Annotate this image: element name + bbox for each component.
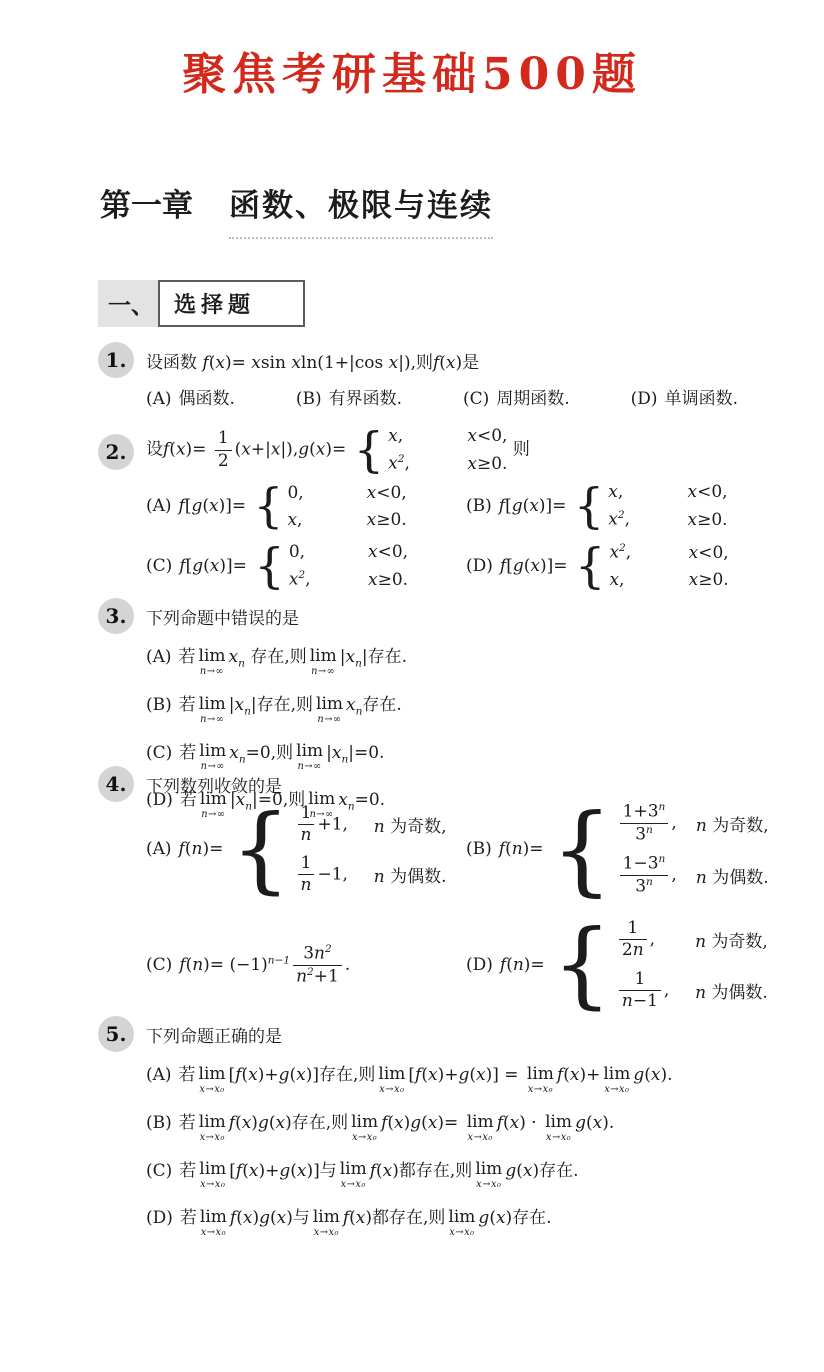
option-body: f(n)= {12n,n 为奇数,1n−1,n 为偶数. — [500, 955, 768, 975]
option-body: 若limx→x₀f(x)g(x)与limx→x₀f(x)都存在,则limx→x₀… — [180, 1208, 552, 1228]
question-3-stem: 下列命题中错误的是 — [146, 604, 796, 629]
option-label: (D) — [466, 556, 493, 576]
section-index: 一、 — [98, 280, 158, 327]
option-body: 若limn→∞|xn|存在,则limn→∞xn存在. — [179, 695, 402, 715]
option-label: (B) — [146, 1113, 172, 1133]
question-number: 4. — [106, 772, 127, 796]
question-3-option-b: (B)若limn→∞|xn|存在,则limn→∞xn存在. — [146, 690, 796, 725]
option-label: (A) — [146, 389, 172, 409]
question-1: 1. 设函数 f(x)= xsin xln(1+|cos x|),则f(x)是 … — [98, 348, 796, 409]
option-label: (C) — [463, 389, 489, 409]
question-1-number-badge: 1. — [98, 342, 134, 378]
question-5: 5. 下列命题正确的是 (A)若limx→x₀[f(x)+g(x)]存在,则li… — [98, 1022, 796, 1238]
question-5-number-badge: 5. — [98, 1016, 134, 1052]
question-5-option-c: (C)若limx→x₀[f(x)+g(x)]与limx→x₀f(x)都存在,则l… — [146, 1156, 796, 1191]
option-label: (D) — [631, 389, 658, 409]
question-2-options: (A)f[g(x)]= {0,x<0,x,x≥0. (B)f[g(x)]= {x… — [146, 482, 796, 590]
question-number: 3. — [106, 604, 127, 628]
option-body: f(n)= {1n+1,n 为奇数,1n−1,n 为偶数. — [179, 839, 447, 859]
question-4-number-badge: 4. — [98, 766, 134, 802]
option-body: 有界函数. — [329, 389, 402, 409]
option-body: 若limx→x₀[f(x)+g(x)]与limx→x₀f(x)都存在,则limx… — [179, 1161, 578, 1181]
question-4-stem: 下列数列收敛的是 — [146, 772, 796, 797]
option-body: f[g(x)]= {x,x<0,x2,x≥0. — [499, 496, 728, 516]
question-1-option-d: (D)单调函数. — [631, 384, 738, 409]
question-5-option-d: (D)若limx→x₀f(x)g(x)与limx→x₀f(x)都存在,则limx… — [146, 1203, 796, 1238]
section-title-box: 选择题 — [158, 280, 305, 327]
option-label: (C) — [146, 743, 172, 763]
question-2-option-c: (C)f[g(x)]= {0,x<0,x2,x≥0. — [146, 542, 466, 590]
question-1-options: (A)偶函数. (B)有界函数. (C)周期函数. (D)单调函数. — [146, 384, 738, 409]
question-4-options: (A)f(n)= {1n+1,n 为奇数,1n−1,n 为偶数. (B)f(n)… — [146, 801, 796, 1012]
question-2: 2. 设f(x)= 12(x+|x|),g(x)= {x,x<0,x2,x≥0.… — [98, 426, 796, 590]
question-3-option-c: (C)若limn→∞xn=0,则limn→∞|xn|=0. — [146, 738, 796, 773]
option-body: 若limx→x₀[f(x)+g(x)]存在,则limx→x₀[f(x)+g(x)… — [179, 1065, 673, 1085]
option-label: (D) — [146, 1208, 173, 1228]
question-5-option-a: (A)若limx→x₀[f(x)+g(x)]存在,则limx→x₀[f(x)+g… — [146, 1060, 796, 1095]
option-label: (B) — [466, 496, 492, 516]
option-label: (A) — [146, 1065, 172, 1085]
option-body: f(n)= {1+3n3n,n 为奇数,1−3n3n,n 为偶数. — [499, 839, 769, 859]
option-body: 若limn→∞xn 存在,则limn→∞|xn|存在. — [179, 647, 407, 667]
option-body: 若limx→x₀f(x)g(x)存在,则limx→x₀f(x)g(x)= lim… — [179, 1113, 614, 1133]
question-4-option-a: (A)f(n)= {1n+1,n 为奇数,1n−1,n 为偶数. — [146, 803, 466, 897]
section-header: 一、 选择题 — [98, 280, 305, 327]
option-body: f[g(x)]= {x2,x<0,x,x≥0. — [500, 556, 729, 576]
question-4-option-c: (C)f(n)= (−1)n−13n2n2+1. — [146, 943, 466, 988]
question-number: 1. — [106, 348, 127, 372]
option-label: (C) — [146, 1161, 172, 1181]
page-title: 聚焦考研基础500题 — [0, 38, 824, 102]
question-2-option-d: (D)f[g(x)]= {x2,x<0,x,x≥0. — [466, 542, 796, 590]
option-label: (A) — [146, 496, 172, 516]
chapter-heading: 第一章函数、极限与连续 — [100, 180, 493, 239]
option-label: (A) — [146, 839, 172, 859]
chapter-number: 第一章 — [100, 180, 193, 225]
option-body: f[g(x)]= {0,x<0,x2,x≥0. — [179, 556, 408, 576]
option-label: (C) — [146, 556, 172, 576]
question-1-option-a: (A)偶函数. — [146, 384, 235, 409]
option-label: (B) — [146, 695, 172, 715]
option-body: f(n)= (−1)n−13n2n2+1. — [179, 955, 350, 975]
question-number: 5. — [106, 1022, 127, 1046]
option-label: (B) — [296, 389, 322, 409]
question-2-number-badge: 2. — [98, 434, 134, 470]
question-4-option-d: (D)f(n)= {12n,n 为奇数,1n−1,n 为偶数. — [466, 918, 796, 1012]
option-body: 周期函数. — [496, 389, 569, 409]
question-3-option-a: (A)若limn→∞xn 存在,则limn→∞|xn|存在. — [146, 642, 796, 677]
question-5-stem: 下列命题正确的是 — [146, 1022, 796, 1047]
question-number: 2. — [106, 440, 127, 464]
question-1-stem: 设函数 f(x)= xsin xln(1+|cos x|),则f(x)是 — [146, 348, 796, 373]
option-label: (D) — [466, 955, 493, 975]
question-4: 4. 下列数列收敛的是 (A)f(n)= {1n+1,n 为奇数,1n−1,n … — [98, 772, 796, 1012]
question-2-option-a: (A)f[g(x)]= {0,x<0,x,x≥0. — [146, 483, 466, 530]
option-body: f[g(x)]= {0,x<0,x,x≥0. — [179, 496, 407, 516]
chapter-title: 函数、极限与连续 — [229, 180, 493, 239]
section-title: 选择题 — [174, 288, 255, 319]
question-2-stem: 设f(x)= 12(x+|x|),g(x)= {x,x<0,x2,x≥0. 则 — [146, 426, 796, 474]
question-2-option-b: (B)f[g(x)]= {x,x<0,x2,x≥0. — [466, 482, 796, 530]
option-label: (B) — [466, 839, 492, 859]
option-body: 偶函数. — [179, 389, 235, 409]
option-label: (A) — [146, 647, 172, 667]
question-4-option-b: (B)f(n)= {1+3n3n,n 为奇数,1−3n3n,n 为偶数. — [466, 801, 796, 898]
question-5-option-b: (B)若limx→x₀f(x)g(x)存在,则limx→x₀f(x)g(x)= … — [146, 1108, 796, 1143]
option-label: (C) — [146, 955, 172, 975]
question-1-option-b: (B)有界函数. — [296, 384, 402, 409]
option-body: 若limn→∞xn=0,则limn→∞|xn|=0. — [179, 743, 384, 763]
question-1-option-c: (C)周期函数. — [463, 384, 570, 409]
option-body: 单调函数. — [665, 389, 738, 409]
textbook-page: { "page": { "title": "聚焦考研基础500题", "titl… — [0, 0, 824, 1372]
question-3-number-badge: 3. — [98, 598, 134, 634]
